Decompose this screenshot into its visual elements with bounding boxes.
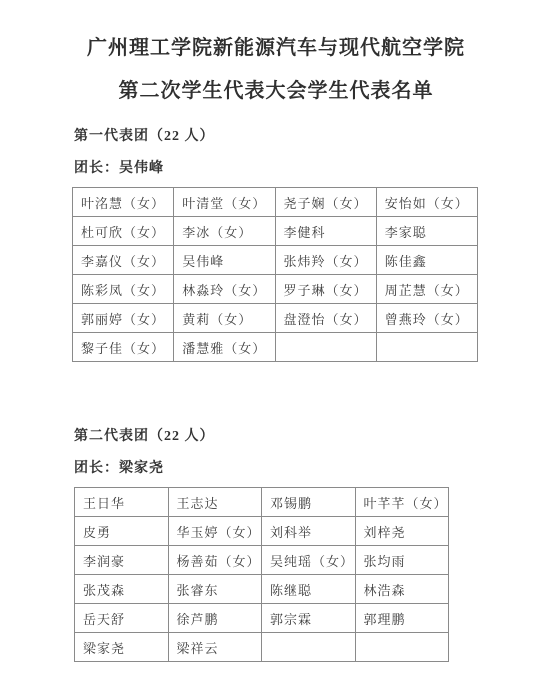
name-cell: 梁家尧: [75, 633, 169, 662]
table-row: 杜可欣（女）李冰（女）李健科李家聪: [73, 217, 478, 246]
name-cell: [376, 333, 477, 362]
document-page: 广州理工学院新能源汽车与现代航空学院 第二次学生代表大会学生代表名单 第一代表团…: [0, 0, 552, 685]
delegation-2-leader: 团长：梁家尧: [74, 457, 480, 477]
name-cell: 潘慧雅（女）: [174, 333, 275, 362]
name-cell: 黎子佳（女）: [73, 333, 174, 362]
name-cell: 尧子娴（女）: [275, 188, 376, 217]
name-cell: 杜可欣（女）: [73, 217, 174, 246]
name-cell: 张炜羚（女）: [275, 246, 376, 275]
table-row: 皮勇华玉婷（女）刘科举刘梓尧: [75, 517, 449, 546]
name-cell: 李润豪: [75, 546, 169, 575]
name-cell: 郭丽婷（女）: [73, 304, 174, 333]
table-row: 李嘉仪（女）吴伟峰张炜羚（女）陈佳鑫: [73, 246, 478, 275]
name-cell: 林淼玲（女）: [174, 275, 275, 304]
name-cell: 张均雨: [355, 546, 449, 575]
name-cell: 邓锡鹏: [262, 488, 356, 517]
name-cell: 郭理鹏: [355, 604, 449, 633]
name-cell: 杨善茹（女）: [168, 546, 262, 575]
name-cell: 徐芦鹏: [168, 604, 262, 633]
table-row: 叶洺慧（女）叶清堂（女）尧子娴（女）安怡如（女）: [73, 188, 478, 217]
name-cell: 李家聪: [376, 217, 477, 246]
name-cell: 叶洺慧（女）: [73, 188, 174, 217]
name-cell: 梁祥云: [168, 633, 262, 662]
table-row: 梁家尧梁祥云: [75, 633, 449, 662]
name-cell: 叶清堂（女）: [174, 188, 275, 217]
table-row: 岳天舒徐芦鹏郭宗霖郭理鹏: [75, 604, 449, 633]
table-row: 李润豪杨善茹（女）吴纯瑶（女）张均雨: [75, 546, 449, 575]
name-cell: 曾燕玲（女）: [376, 304, 477, 333]
name-cell: 黄莉（女）: [174, 304, 275, 333]
name-cell: 张睿东: [168, 575, 262, 604]
document-title-line2: 第二次学生代表大会学生代表名单: [0, 79, 552, 103]
delegation-2-roster-table: 王日华王志达邓锡鹏叶芊芊（女）皮勇华玉婷（女）刘科举刘梓尧李润豪杨善茹（女）吴纯…: [74, 487, 449, 662]
name-cell: 刘梓尧: [355, 517, 449, 546]
name-cell: 周芷慧（女）: [376, 275, 477, 304]
name-cell: 林浩森: [355, 575, 449, 604]
name-cell: [262, 633, 356, 662]
name-cell: 吴伟峰: [174, 246, 275, 275]
table-row: 郭丽婷（女）黄莉（女）盘澄怡（女）曾燕玲（女）: [73, 304, 478, 333]
name-cell: 李健科: [275, 217, 376, 246]
name-cell: 郭宗霖: [262, 604, 356, 633]
delegation-1-leader: 团长：吴伟峰: [74, 157, 480, 177]
name-cell: 叶芊芊（女）: [355, 488, 449, 517]
table-row: 王日华王志达邓锡鹏叶芊芊（女）: [75, 488, 449, 517]
name-cell: [275, 333, 376, 362]
delegation-1-heading: 第一代表团（22 人）: [74, 125, 480, 145]
name-cell: 王志达: [168, 488, 262, 517]
name-cell: 盘澄怡（女）: [275, 304, 376, 333]
name-cell: 岳天舒: [75, 604, 169, 633]
name-cell: 李冰（女）: [174, 217, 275, 246]
document-title-line1: 广州理工学院新能源汽车与现代航空学院: [0, 0, 552, 60]
name-cell: 罗子琳（女）: [275, 275, 376, 304]
delegation-section-2: 第二代表团（22 人） 团长：梁家尧 王日华王志达邓锡鹏叶芊芊（女）皮勇华玉婷（…: [74, 425, 480, 662]
delegation-1-roster-table: 叶洺慧（女）叶清堂（女）尧子娴（女）安怡如（女）杜可欣（女）李冰（女）李健科李家…: [72, 187, 478, 362]
table-row: 黎子佳（女）潘慧雅（女）: [73, 333, 478, 362]
delegation-2-heading: 第二代表团（22 人）: [74, 425, 480, 445]
name-cell: 吴纯瑶（女）: [262, 546, 356, 575]
name-cell: 王日华: [75, 488, 169, 517]
table-row: 张茂森张睿东陈继聪林浩森: [75, 575, 449, 604]
name-cell: 陈佳鑫: [376, 246, 477, 275]
name-cell: 安怡如（女）: [376, 188, 477, 217]
name-cell: 皮勇: [75, 517, 169, 546]
name-cell: 华玉婷（女）: [168, 517, 262, 546]
name-cell: 刘科举: [262, 517, 356, 546]
name-cell: 陈继聪: [262, 575, 356, 604]
name-cell: [355, 633, 449, 662]
table-row: 陈彩凤（女）林淼玲（女）罗子琳（女）周芷慧（女）: [73, 275, 478, 304]
name-cell: 陈彩凤（女）: [73, 275, 174, 304]
name-cell: 张茂森: [75, 575, 169, 604]
name-cell: 李嘉仪（女）: [73, 246, 174, 275]
delegation-section-1: 第一代表团（22 人） 团长：吴伟峰 叶洺慧（女）叶清堂（女）尧子娴（女）安怡如…: [74, 125, 480, 362]
